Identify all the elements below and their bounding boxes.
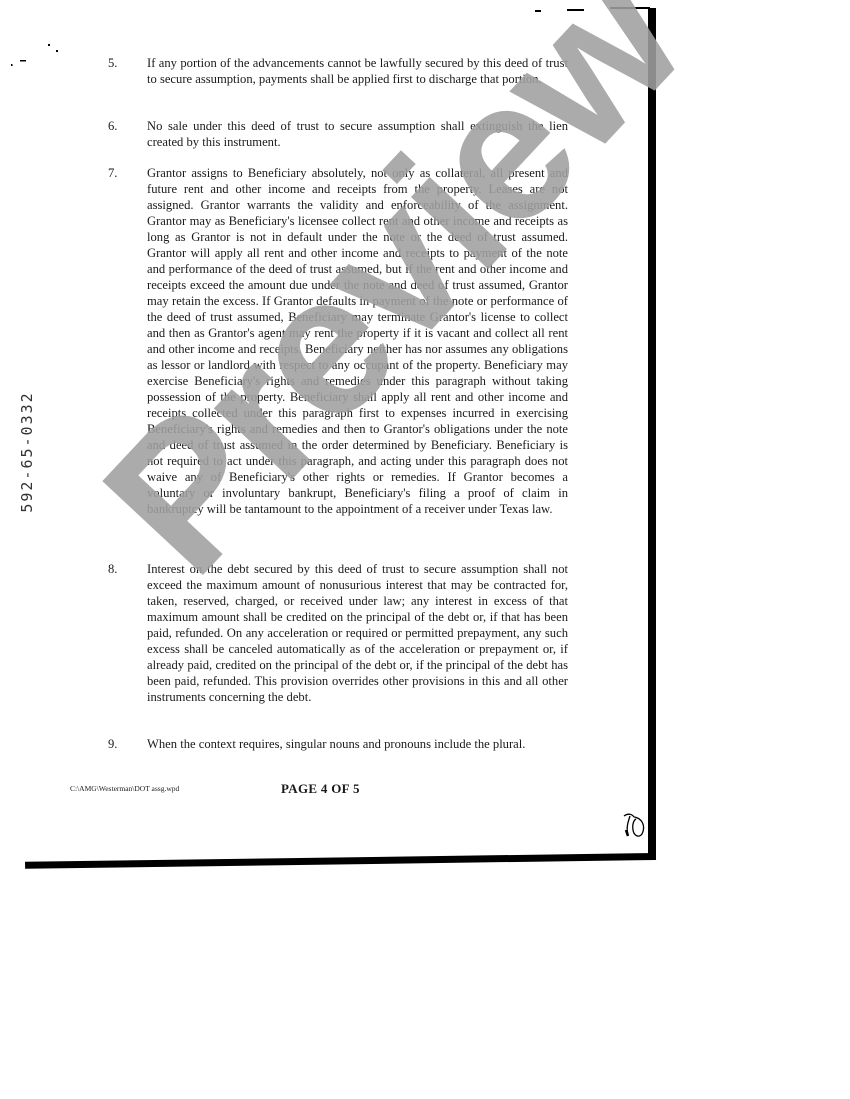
recording-stamp: 592-65-0332 [12, 372, 42, 532]
scanned-document-page: 592-65-0332 5. If any portion of the adv… [0, 0, 850, 1099]
paragraph-number: 5. [108, 55, 117, 71]
footer-file-path: C:\AMG\Westerman\DOT assg.wpd [70, 784, 179, 793]
footer-page-number: PAGE 4 OF 5 [281, 781, 360, 797]
paragraph-text: Interest on the debt secured by this dee… [147, 561, 568, 705]
paragraph-6: 6. No sale under this deed of trust to s… [108, 118, 568, 150]
scan-specks-icon [8, 42, 68, 72]
scan-mark [610, 7, 650, 9]
paragraph-number: 7. [108, 165, 117, 181]
page-edge-bottom [25, 853, 656, 869]
paragraph-9: 9. When the context requires, singular n… [108, 736, 568, 752]
page-edge-right [648, 8, 656, 856]
handwritten-initials-icon [620, 810, 654, 842]
paragraph-text: No sale under this deed of trust to secu… [147, 118, 568, 150]
paragraph-number: 9. [108, 736, 117, 752]
scan-mark [567, 9, 584, 11]
paragraph-text: Grantor assigns to Beneficiary absolutel… [147, 165, 568, 517]
paragraph-number: 6. [108, 118, 117, 134]
paragraph-8: 8. Interest on the debt secured by this … [108, 561, 568, 705]
paragraph-5: 5. If any portion of the advancements ca… [108, 55, 568, 87]
paragraph-7: 7. Grantor assigns to Beneficiary absolu… [108, 165, 568, 517]
paragraph-text: If any portion of the advancements canno… [147, 55, 568, 87]
scan-mark [535, 10, 541, 12]
paragraph-text: When the context requires, singular noun… [147, 736, 568, 752]
recording-number: 592-65-0332 [18, 391, 36, 512]
paragraph-number: 8. [108, 561, 117, 577]
